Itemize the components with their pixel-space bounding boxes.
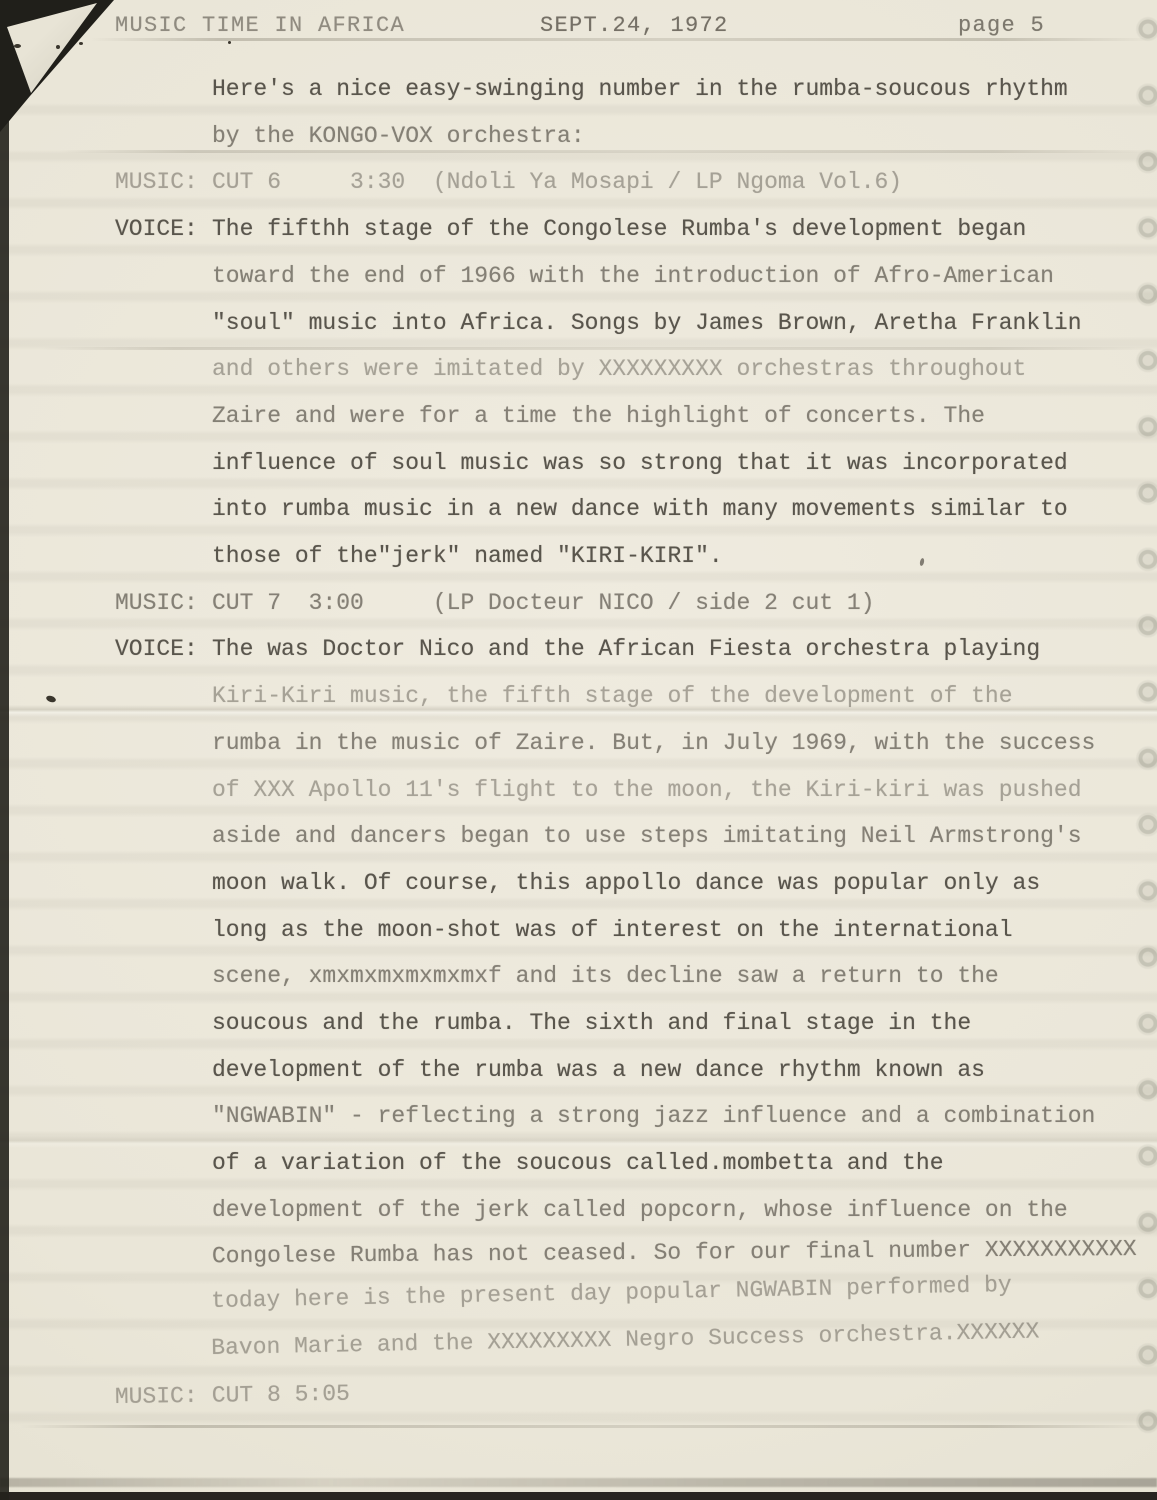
script-line: rumba in the music of Zaire. But, in Jul… <box>115 730 1137 777</box>
script-line: toward the end of 1966 with the introduc… <box>115 263 1137 310</box>
cue-label <box>115 1262 212 1263</box>
scan-smudge <box>0 1478 1157 1487</box>
script-line: "soul" music into Africa. Songs by James… <box>115 310 1137 357</box>
line-text: toward the end of 1966 with the introduc… <box>212 263 1054 289</box>
line-text: long as the moon-shot was of interest on… <box>212 917 1013 943</box>
cue-label: MUSIC: <box>115 169 212 195</box>
line-text: The was Doctor Nico and the African Fies… <box>212 636 1040 662</box>
scanned-script-page: MUSIC TIME IN AFRICA SEPT.24, 1972 page … <box>0 0 1157 1500</box>
line-text: scene, xmxmxmxmxmxmxf and its decline sa… <box>212 963 999 989</box>
line-text: aside and dancers began to use steps imi… <box>212 823 1082 849</box>
scan-edge-bottom <box>0 1492 1157 1500</box>
script-line: and others were imitated by XXXXXXXXX or… <box>115 356 1137 403</box>
line-text: those of the"jerk" named "KIRI-KIRI". <box>212 543 723 569</box>
script-line: Zaire and were for a time the highlight … <box>115 403 1137 450</box>
line-text: The fifthh stage of the Congolese Rumba'… <box>212 216 1026 242</box>
line-text: development of the jerk called popcorn, … <box>212 1197 1068 1223</box>
cue-label <box>114 1354 211 1356</box>
ink-speck <box>56 45 60 49</box>
line-text: by the KONGO-VOX orchestra: <box>212 123 585 149</box>
script-line: VOICE:The fifthh stage of the Congolese … <box>115 216 1137 263</box>
script-line: influence of soul music was so strong th… <box>115 450 1137 497</box>
script-line: soucous and the rumba. The sixth and fin… <box>115 1010 1137 1057</box>
cue-label: MUSIC: <box>115 590 212 616</box>
script-line: Kiri-Kiri music, the fifth stage of the … <box>115 683 1137 730</box>
line-text: Kiri-Kiri music, the fifth stage of the … <box>212 683 1013 709</box>
line-text: and others were imitated by XXXXXXXXX or… <box>212 356 1026 382</box>
line-text: Zaire and were for a time the highlight … <box>212 403 985 429</box>
line-text: "soul" music into Africa. Songs by James… <box>212 310 1082 336</box>
line-text: rumba in the music of Zaire. But, in Jul… <box>212 730 1095 756</box>
document-title: MUSIC TIME IN AFRICA <box>115 13 405 38</box>
line-text: "NGWABIN" - reflecting a strong jazz inf… <box>212 1103 1095 1129</box>
line-text: of a variation of the soucous called.mom… <box>212 1150 944 1176</box>
script-line: of XXX Apollo 11's flight to the moon, t… <box>115 777 1137 824</box>
line-text: development of the rumba was a new dance… <box>212 1057 985 1083</box>
cue-label: VOICE: <box>115 216 212 242</box>
script-body: Here's a nice easy-swinging number in th… <box>115 76 1137 1430</box>
cue-label: MUSIC: <box>115 1382 212 1409</box>
line-text: soucous and the rumba. The sixth and fin… <box>212 1010 971 1036</box>
script-line: of a variation of the soucous called.mom… <box>115 1150 1137 1197</box>
line-text: moon walk. Of course, this appollo dance… <box>212 870 1040 896</box>
line-text: into rumba music in a new dance with man… <box>212 496 1068 522</box>
cue-label: VOICE: <box>115 636 212 662</box>
script-line: moon walk. Of course, this appollo dance… <box>115 870 1137 917</box>
line-text: CUT 8 5:05 <box>212 1380 350 1408</box>
script-line: by the KONGO-VOX orchestra: <box>115 123 1137 170</box>
ink-speck <box>14 44 21 48</box>
ink-speck <box>228 41 231 44</box>
script-line: "NGWABIN" - reflecting a strong jazz inf… <box>115 1103 1137 1150</box>
script-line: aside and dancers began to use steps imi… <box>115 823 1137 870</box>
line-text: of XXX Apollo 11's flight to the moon, t… <box>212 777 1082 803</box>
script-line: MUSIC:CUT 7 3:00 (LP Docteur NICO / side… <box>115 590 1137 637</box>
page-number: page 5 <box>958 13 1045 38</box>
script-line: those of the"jerk" named "KIRI-KIRI". <box>115 543 1137 590</box>
ink-blot <box>45 695 56 704</box>
line-text: influence of soul music was so strong th… <box>212 450 1068 476</box>
line-text: CUT 7 3:00 (LP Docteur NICO / side 2 cut… <box>212 590 875 616</box>
line-text: CUT 6 3:30 (Ndoli Ya Mosapi / LP Ngoma V… <box>212 169 902 195</box>
scan-streak <box>90 38 1157 41</box>
script-line: scene, xmxmxmxmxmxmxf and its decline sa… <box>115 963 1137 1010</box>
document-date: SEPT.24, 1972 <box>540 13 729 38</box>
script-line: into rumba music in a new dance with man… <box>115 496 1137 543</box>
script-line: development of the rumba was a new dance… <box>115 1057 1137 1104</box>
cue-label <box>114 1307 211 1309</box>
line-text: Here's a nice easy-swinging number in th… <box>212 76 1068 102</box>
script-line: MUSIC:CUT 6 3:30 (Ndoli Ya Mosapi / LP N… <box>115 169 1137 216</box>
script-line: long as the moon-shot was of interest on… <box>115 917 1137 964</box>
script-line: Here's a nice easy-swinging number in th… <box>115 76 1137 123</box>
scan-edge-left <box>0 0 9 1500</box>
ink-speck <box>79 42 83 45</box>
script-line: VOICE:The was Doctor Nico and the Africa… <box>115 636 1137 683</box>
